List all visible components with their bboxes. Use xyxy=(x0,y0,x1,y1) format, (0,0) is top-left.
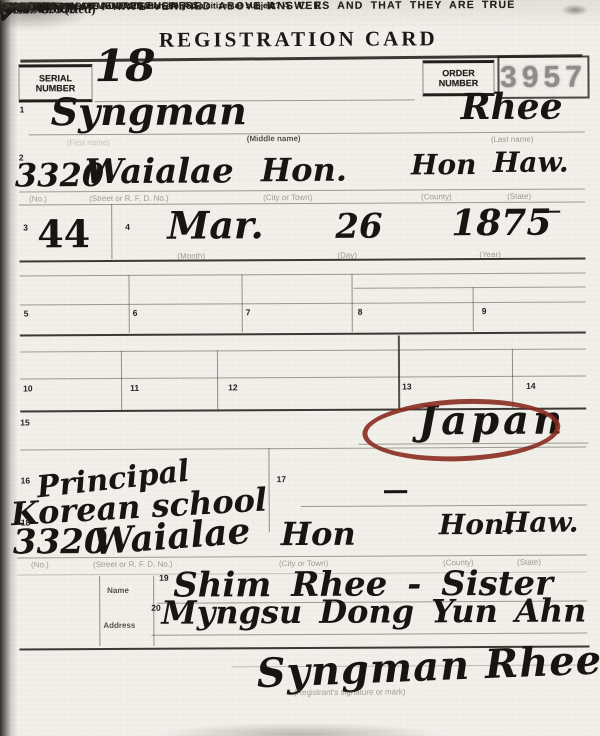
dob-number: 4 xyxy=(125,222,130,232)
employment-street-value: Waialae xyxy=(92,513,252,561)
red-circle-annotation xyxy=(361,395,561,465)
race-negro-number: 6 xyxy=(133,308,138,318)
rule xyxy=(20,376,586,380)
rule xyxy=(20,349,586,353)
age-number: 3 xyxy=(23,222,28,232)
rule xyxy=(151,632,587,635)
race-indian-noncitizen-number: 9 xyxy=(482,306,487,316)
nondeclarant-number: 14 xyxy=(526,381,536,391)
declarant-number: 13 xyxy=(402,381,412,391)
employment-state-value: Haw. xyxy=(503,509,579,537)
last-name-label: (Last name) xyxy=(491,135,534,144)
first-name-label: (First name) xyxy=(67,138,110,147)
occupation-number: 16 xyxy=(21,475,31,485)
nation-question-number: 15 xyxy=(20,417,30,427)
first-name-handwriting: Syngman xyxy=(51,92,247,131)
order-number-label-line1: ORDER xyxy=(442,68,475,78)
address-county-value: Hon xyxy=(411,151,477,179)
address-street-value: Waialae xyxy=(85,154,234,189)
rule xyxy=(20,332,586,337)
rule xyxy=(20,302,586,306)
employment-city-value: Hon xyxy=(281,518,356,550)
rule xyxy=(99,576,100,646)
rule xyxy=(473,287,474,331)
address-state-label: (State) xyxy=(507,192,531,201)
card: REGISTRATION CARD SERIAL NUMBER 18 ORDER… xyxy=(0,0,600,736)
day-value: 26 xyxy=(335,210,383,244)
signature-label: (Registrant's signature or mark) xyxy=(294,687,406,697)
race-oriental-number: 7 xyxy=(246,307,251,317)
employment-street-label: (Street or R. F. D. No.) xyxy=(93,560,173,569)
month-value: Mar. xyxy=(167,206,264,245)
year-flourish xyxy=(544,211,560,213)
rule xyxy=(398,335,400,408)
rule xyxy=(111,204,112,259)
rule xyxy=(217,350,218,409)
year-value: 1875 xyxy=(451,205,551,242)
relative-address-label: Address xyxy=(103,621,135,630)
naturalized-number: 11 xyxy=(130,383,139,393)
serial-number-label-line1: SERIAL xyxy=(39,73,72,83)
rule xyxy=(354,287,586,289)
rule xyxy=(129,275,130,333)
native-born-number: 10 xyxy=(23,383,33,393)
page-title: REGISTRATION CARD xyxy=(0,25,598,53)
employer-value-handwriting: — xyxy=(383,477,409,503)
address-city-value: Hon. xyxy=(261,154,347,186)
rule xyxy=(19,258,585,263)
name-row-number: 1 xyxy=(20,104,25,114)
race-indian-citizen-number: 8 xyxy=(358,307,363,317)
rule xyxy=(20,273,586,277)
race-white-number: 5 xyxy=(24,308,29,318)
rule xyxy=(352,274,353,332)
address-street-label: (Street or R. F. D. No.) xyxy=(89,194,169,203)
relative-name-number: 19 xyxy=(159,573,169,583)
father-naturalization-number: 12 xyxy=(228,382,238,392)
relative-name-label: Name xyxy=(107,586,129,595)
address-state-value: Haw. xyxy=(493,149,569,177)
employment-no-label: (No.) xyxy=(31,560,49,569)
serial-number-value: 18 xyxy=(94,45,155,89)
address-county-label: (County) xyxy=(421,192,452,201)
address-city-label: (City or Town) xyxy=(263,193,312,202)
over-label: (OVER) xyxy=(0,1,31,12)
relative-address-handwriting: Myngsu Dong Yun Ahn Korea xyxy=(161,594,600,629)
registration-card-scan: REGISTRATION CARD SERIAL NUMBER 18 ORDER… xyxy=(0,0,600,736)
rule xyxy=(268,448,269,532)
rule xyxy=(121,351,122,410)
address-no-label: (No.) xyxy=(29,194,47,203)
age-value: 44 xyxy=(37,215,90,253)
relative-address-number: 20 xyxy=(151,603,161,613)
last-name-handwriting: Rhee xyxy=(461,89,563,126)
rule xyxy=(242,274,243,332)
middle-name-label: (Middle name) xyxy=(247,134,301,143)
signature-handwriting: Syngman Rhee xyxy=(256,640,600,694)
employer-number: 17 xyxy=(277,474,287,484)
